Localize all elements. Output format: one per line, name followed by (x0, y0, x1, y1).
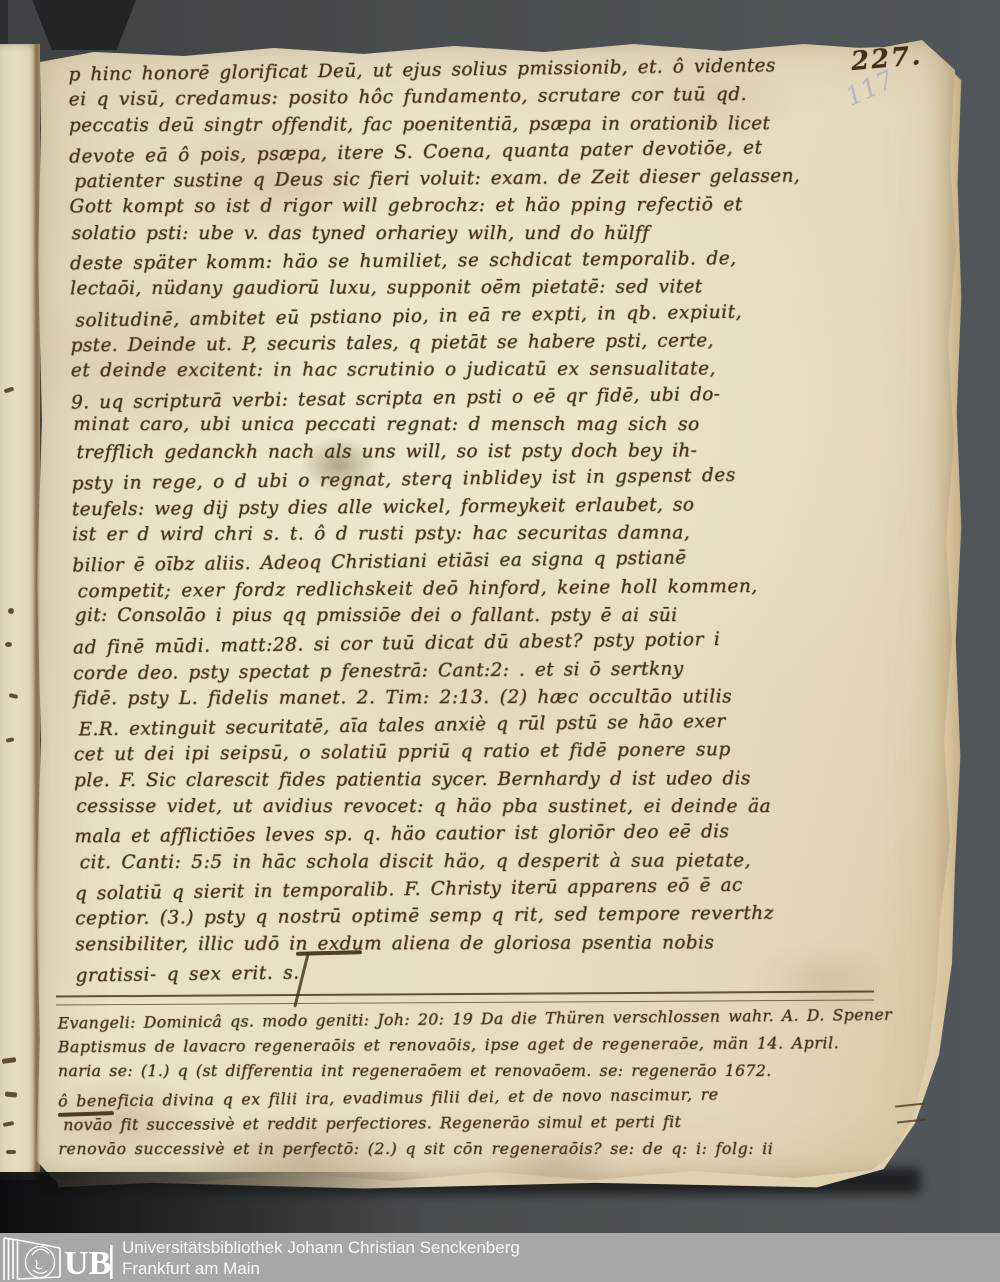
footer-institution-block: Universitätsbibliothek Johann Christian … (118, 1237, 1000, 1279)
manuscript-scan-page: 227. 117 p hinc honorē glorificat Deū, u… (0, 0, 1000, 1282)
manuscript-line: ceptior. (3.) psty q nostrū optimē semp … (75, 899, 905, 933)
manuscript-line: corde deo. psty spectat p fenestrā: Cant… (73, 653, 903, 687)
note-line: renovāo successivè et in perfectō: (2.) … (58, 1136, 938, 1162)
footer-institution-name: Universitätsbibliothek Johann Christian … (122, 1237, 1000, 1258)
footer-institution-city: Frankfurt am Main (122, 1258, 1000, 1279)
verso-ink-mark (6, 1150, 16, 1154)
main-text-block: p hinc honorē glorificat Deū, ut ejus so… (68, 53, 905, 988)
ub-logo-text: UB (64, 1245, 111, 1282)
note-line: Baptismus de lavacro regeneraōis et reno… (58, 1030, 938, 1061)
library-footer-bar: UB Universitätsbibliothek Johann Christi… (0, 1233, 1000, 1282)
margin-tick-marks (895, 1102, 927, 1123)
manuscript-line: Gott kompt so ist d rigor will gebrochz:… (69, 191, 899, 221)
manuscript-line: minat caro, ubi unica peccati regnat: d … (73, 411, 903, 438)
ub-logo: UB (0, 1233, 118, 1282)
bottom-note-block: Evangeli: Dominicâ qs. modo geniti: Joh:… (58, 1004, 939, 1165)
logo-divider-bar (110, 1245, 113, 1279)
manuscript-line: cessisse videt, ut avidius revocet: q hä… (76, 793, 906, 820)
manuscript-line: cet ut dei ipi seipsū, o solatiū ppriū q… (74, 735, 904, 769)
binding-gutter-shadow (28, 0, 136, 50)
manuscript-line: solatio psti: ube v. das tyned orhariey … (72, 220, 902, 247)
verso-ink-mark (8, 608, 14, 614)
manuscript-line: ple. F. Sic clarescit fides patientia sy… (74, 764, 904, 794)
manuscript-line: mala et afflictiōes leves sp. q. häo cau… (74, 817, 904, 851)
verso-ink-mark (5, 642, 12, 647)
note-line: novāo fit successivè et reddit perfectio… (58, 1108, 938, 1139)
gutter-crease (33, 42, 40, 1182)
manuscript-line: ei q visū, credamus: posito hôc fundamen… (69, 80, 899, 114)
below-book-shadow (0, 1172, 430, 1233)
goethe-portrait-icon (26, 1247, 55, 1278)
manuscript-line: competit; exer fordz redlichskeit deō hi… (72, 571, 902, 605)
